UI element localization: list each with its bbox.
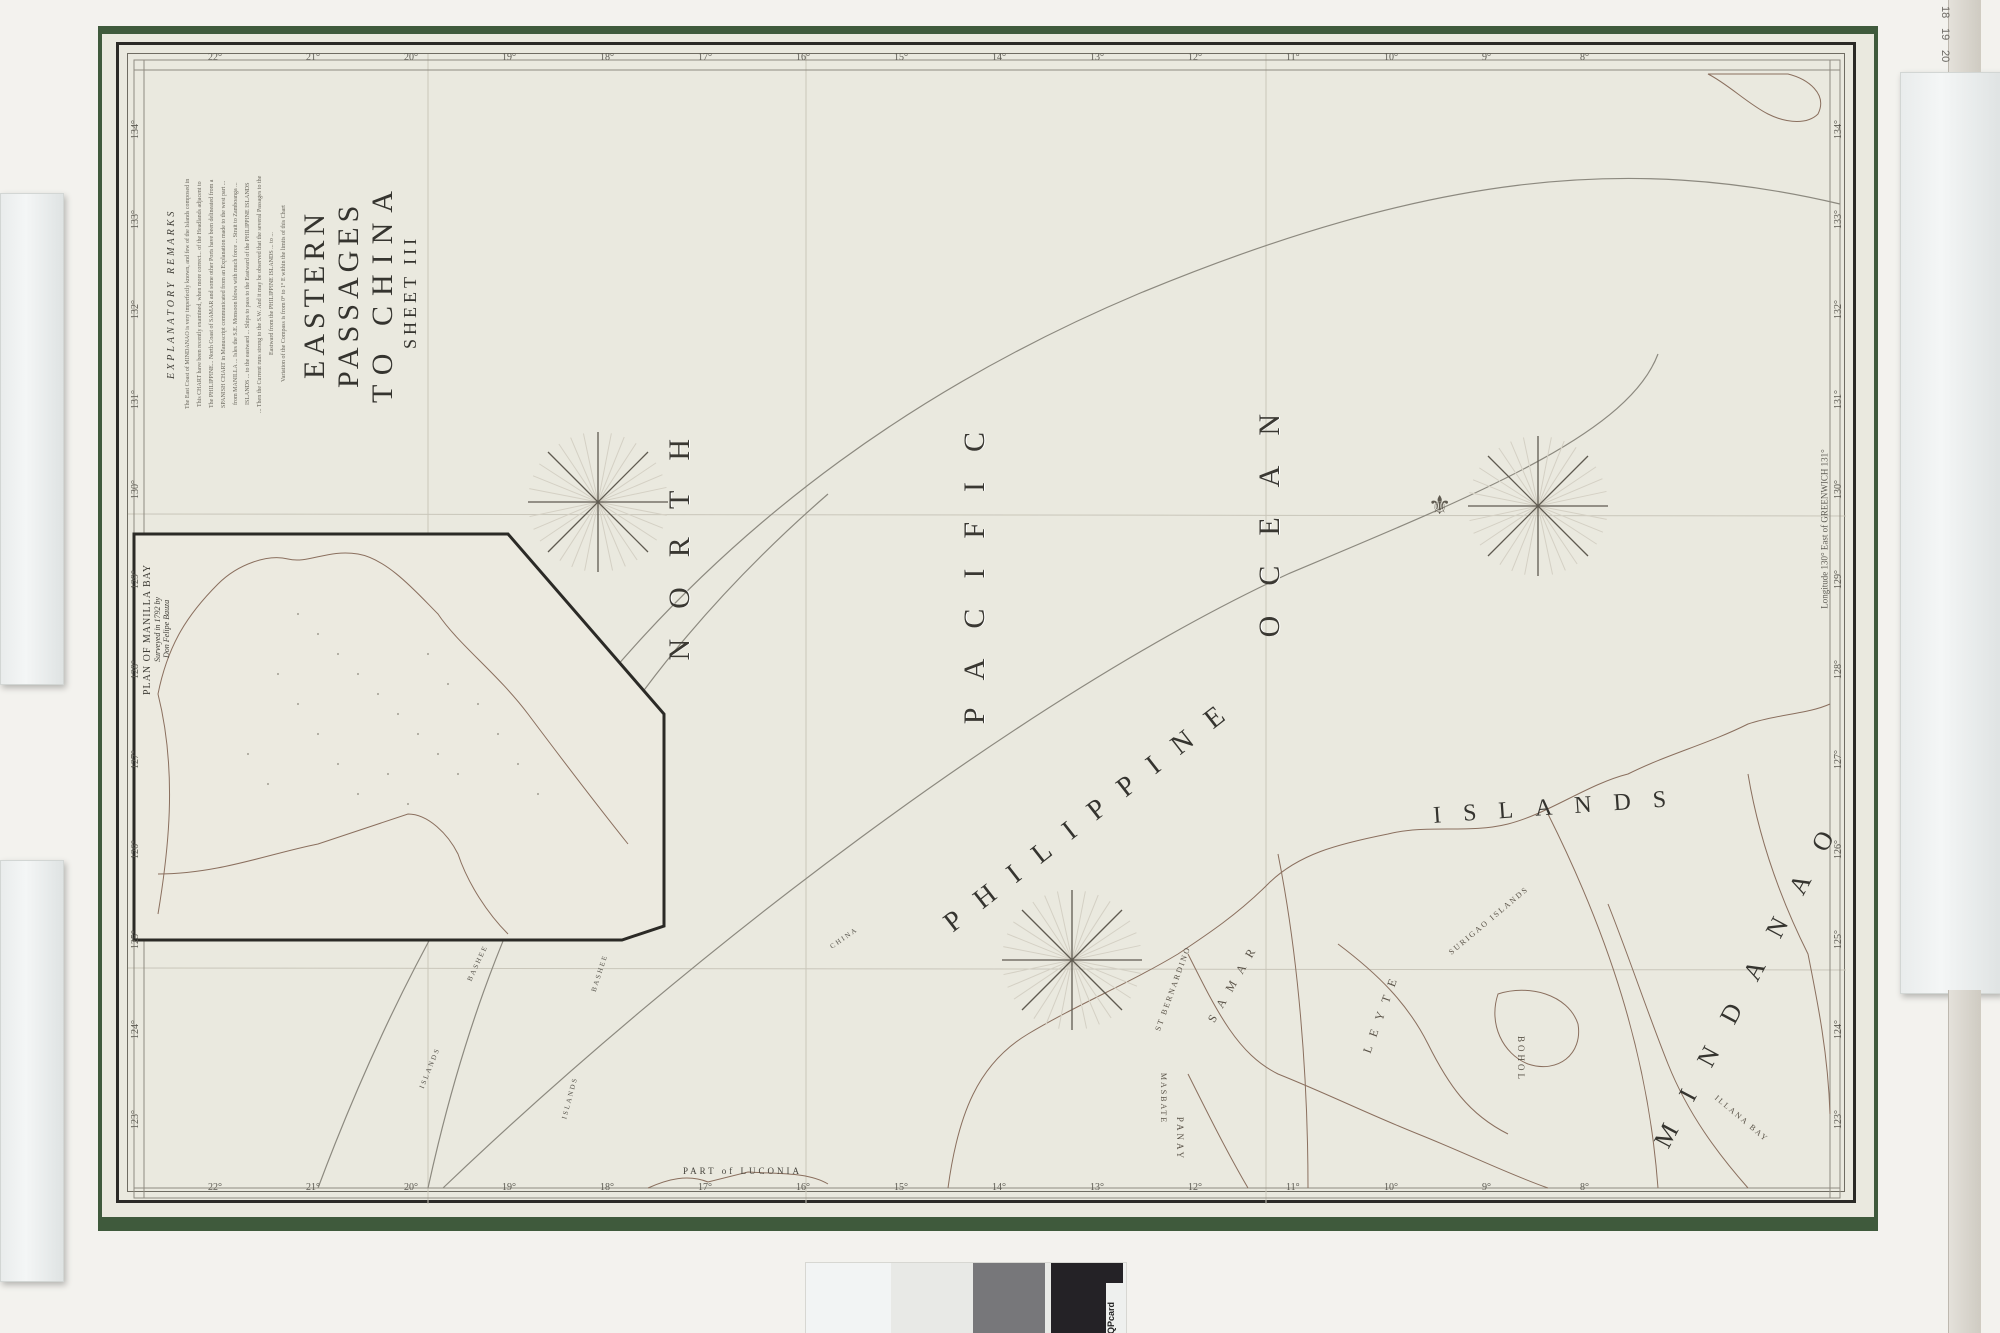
ocean-label-north: NORTH: [663, 409, 697, 661]
lat-tick-top: 15°: [894, 52, 908, 63]
lat-tick-bottom: 8°: [1580, 1182, 1589, 1193]
inset-subtitle: Surveyed in 1792 by: [153, 554, 162, 704]
lon-tick-right: 132°: [1833, 300, 1844, 319]
remarks-line: The PHILIPPINE... North Coast of SAMAR a…: [206, 114, 218, 474]
lon-tick-left: 127°: [130, 750, 141, 769]
measuring-ruler-bottom: [1948, 990, 1981, 1333]
patch-mid-grey: [973, 1263, 1045, 1333]
lat-tick-bottom: 22°: [208, 1182, 222, 1193]
lon-tick-left: 129°: [130, 570, 141, 589]
pelew-islands: [1708, 74, 1821, 122]
map-title-block: EASTERN PASSAGES TO CHINA SHEET III: [298, 114, 421, 474]
lat-tick-bottom: 12°: [1188, 1182, 1202, 1193]
luzon-coast: [948, 704, 1830, 1188]
region-label-bohol: BOHOL: [1516, 1036, 1526, 1082]
lon-tick-right: 124°: [1833, 1020, 1844, 1039]
bohol-coast: [1495, 990, 1579, 1066]
lon-tick-left: 123°: [130, 1110, 141, 1129]
lat-tick-top: 10°: [1384, 52, 1398, 63]
inset-frame: [134, 534, 664, 940]
lon-tick-left: 132°: [130, 300, 141, 319]
ocean-label-ocean: OCEAN: [1253, 384, 1287, 637]
remarks-line: Eastward from the PHILIPPINE ISLANDS ...…: [266, 114, 278, 474]
remarks-line: The East Coast of MINDANAO is very imper…: [182, 114, 194, 474]
lat-tick-bottom: 9°: [1482, 1182, 1491, 1193]
remarks-line: from MANILLA ... Isles the S.E. Monsoon …: [230, 114, 242, 474]
lon-tick-right: 131°: [1833, 390, 1844, 409]
lon-tick-left: 130°: [130, 480, 141, 499]
lat-tick-bottom: 11°: [1286, 1182, 1300, 1193]
remarks-line: ... Then the Current runs strong to the …: [254, 114, 266, 474]
remarks-line: This CHART have been recently examined, …: [194, 114, 206, 474]
lat-tick-bottom: 16°: [796, 1182, 810, 1193]
compass-rose-ne: ⚜: [1428, 436, 1608, 576]
lat-tick-top: 9°: [1482, 52, 1491, 63]
remarks-line: SPANISH CHART in Manuscript communicated…: [218, 114, 230, 474]
remarks-line: ISLANDS ... to the eastward ... Ships to…: [242, 114, 254, 474]
lon-tick-right: 126°: [1833, 840, 1844, 859]
lon-tick-left: 131°: [130, 390, 141, 409]
ruler-mark: 18: [1939, 6, 1951, 18]
lat-tick-top: 13°: [1090, 52, 1104, 63]
lon-tick-left: 126°: [130, 840, 141, 859]
ruler-mark: 19: [1939, 28, 1951, 40]
lon-tick-left: 125°: [130, 930, 141, 949]
lat-tick-bottom: 19°: [502, 1182, 516, 1193]
lon-tick-right: 128°: [1833, 660, 1844, 679]
meridian-arc-2: [1278, 854, 1308, 1188]
lon-tick-right: 125°: [1833, 930, 1844, 949]
fleur-de-lis-north-marker: ⚜: [1428, 491, 1451, 520]
remarks-heading: EXPLANATORY REMARKS: [166, 114, 178, 474]
ruler-mark: 20: [1939, 50, 1951, 62]
chart-mount: ⚜ EASTERN PASSAGES TO CHINA: [98, 26, 1878, 1231]
lat-tick-top: 22°: [208, 52, 222, 63]
lon-tick-right: 129°: [1833, 570, 1844, 589]
lat-tick-top: 18°: [600, 52, 614, 63]
lat-tick-bottom: 21°: [306, 1182, 320, 1193]
longitude-caption: Longitude 130° East of GREENWICH 131°: [1819, 449, 1829, 608]
region-label-panay: PANAY: [1175, 1117, 1185, 1161]
right-paper-weight: [1900, 72, 2000, 994]
lon-tick-right: 130°: [1833, 480, 1844, 499]
lat-tick-top: 17°: [698, 52, 712, 63]
lat-tick-top: 21°: [306, 52, 320, 63]
lat-tick-bottom: 15°: [894, 1182, 908, 1193]
lon-tick-right: 134°: [1833, 120, 1844, 139]
lon-tick-left: 124°: [130, 1020, 141, 1039]
compass-rose-s: [1002, 890, 1142, 1030]
samar-coast: [1188, 954, 1548, 1188]
lat-tick-top: 11°: [1286, 52, 1300, 63]
lat-tick-top: 19°: [502, 52, 516, 63]
inset-title: PLAN OF MANILLA BAY: [142, 554, 153, 704]
left-paper-weight: [0, 193, 64, 685]
qp-card-logo: QPcard: [1106, 1283, 1126, 1333]
lon-tick-left: 133°: [130, 210, 141, 229]
lon-tick-right: 127°: [1833, 750, 1844, 769]
inset-title-block: PLAN OF MANILLA BAY Surveyed in 1792 by …: [142, 554, 171, 704]
map-title-line2: TO CHINA: [366, 114, 400, 470]
chart-inner-border: ⚜ EASTERN PASSAGES TO CHINA: [127, 53, 1845, 1192]
lat-tick-bottom: 13°: [1090, 1182, 1104, 1193]
chart-paper: ⚜ EASTERN PASSAGES TO CHINA: [102, 34, 1874, 1217]
lon-tick-right: 133°: [1833, 210, 1844, 229]
map-title-line1: EASTERN PASSAGES: [298, 114, 366, 474]
lat-tick-bottom: 17°: [698, 1182, 712, 1193]
lat-tick-bottom: 18°: [600, 1182, 614, 1193]
left-paper-weight-lower: [0, 860, 64, 1282]
patch-white: [806, 1263, 891, 1333]
region-label-luconia: PART of LUCONIA: [683, 1166, 802, 1176]
lat-tick-top: 16°: [796, 52, 810, 63]
philippine-coastline: [948, 704, 1830, 1188]
chart-outer-border: ⚜ EASTERN PASSAGES TO CHINA: [116, 42, 1856, 1203]
lat-tick-top: 14°: [992, 52, 1006, 63]
lat-tick-top: 12°: [1188, 52, 1202, 63]
lat-tick-top: 8°: [1580, 52, 1589, 63]
measuring-ruler-top: 18 19 20: [1948, 0, 1981, 72]
lat-tick-bottom: 10°: [1384, 1182, 1398, 1193]
map-title-line3: SHEET III: [400, 114, 421, 470]
panay-coast: [1188, 1074, 1248, 1188]
region-label-masbate: MASBATE: [1159, 1073, 1168, 1124]
lon-tick-left: 128°: [130, 660, 141, 679]
lon-tick-right: 123°: [1833, 1110, 1844, 1129]
color-calibration-card: QPcard: [805, 1262, 1127, 1333]
lat-tick-bottom: 14°: [992, 1182, 1006, 1193]
explanatory-remarks: EXPLANATORY REMARKS The East Coast of MI…: [166, 114, 290, 474]
remarks-line: Variation of the Compass is from 0° to 1…: [278, 114, 290, 474]
meridian-arc: [1548, 814, 1658, 1188]
lat-tick-top: 20°: [404, 52, 418, 63]
lat-tick-bottom: 20°: [404, 1182, 418, 1193]
inset-author: Don Felipe Bauza: [162, 554, 171, 704]
ocean-label-pacific: PACIFIC: [958, 402, 992, 724]
lon-tick-left: 134°: [130, 120, 141, 139]
compass-rose-nw: [528, 432, 668, 572]
